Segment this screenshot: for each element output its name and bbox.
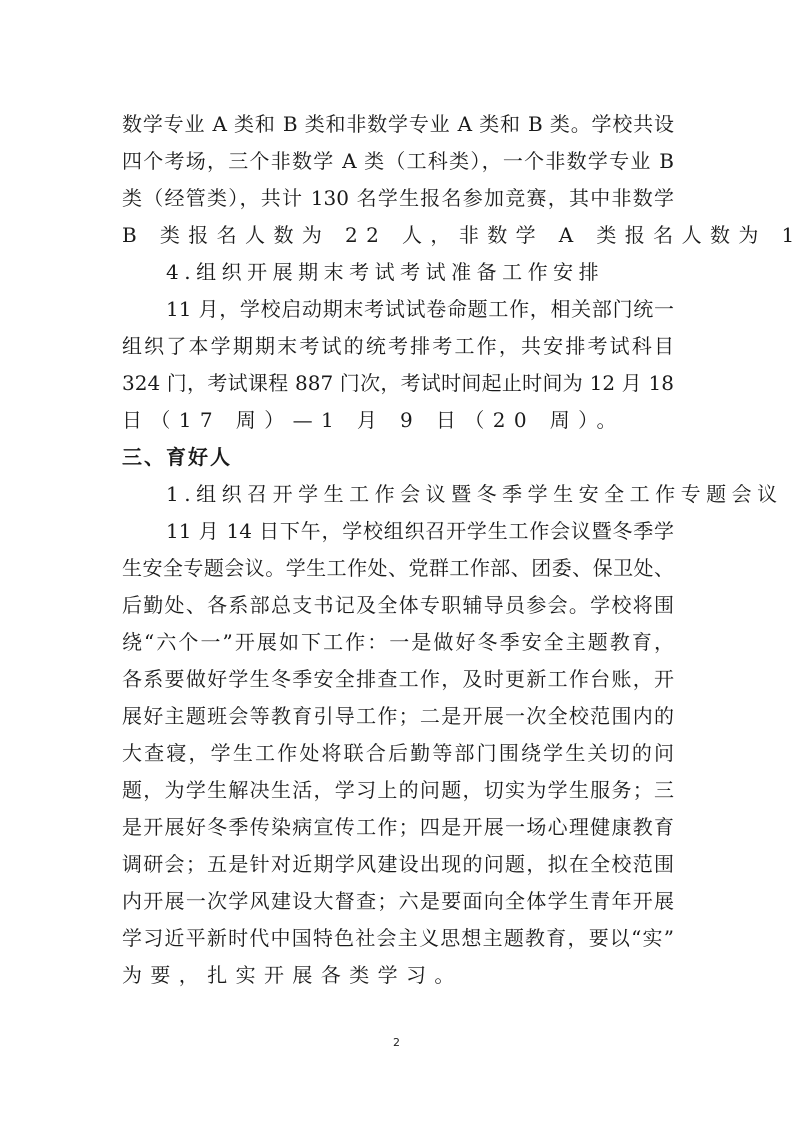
text-line: 展好主题班会等教育引导工作；二是开展一次全校范围内的 xyxy=(122,698,674,735)
text-line: 四个考场，三个非数学 A 类（工科类），一个非数学专业 B xyxy=(122,143,674,180)
text-line: 内开展一次学风建设大督查；六是要面向全体学生青年开展 xyxy=(122,883,674,920)
intro-paragraph: 数学专业 A 类和 B 类和非数学专业 A 类和 B 类。学校共设 四个考场，三… xyxy=(122,106,674,254)
text-line: 题，为学生解决生活，学习上的问题，切实为学生服务；三 xyxy=(122,772,674,809)
item-1-heading: 1.组织召开学生工作会议暨冬季学生安全工作专题会议 xyxy=(122,476,674,513)
page-number: 2 xyxy=(0,1036,793,1049)
document-page: 数学专业 A 类和 B 类和非数学专业 A 类和 B 类。学校共设 四个考场，三… xyxy=(0,0,793,1122)
text-line: 学习近平新时代中国特色社会主义思想主题教育，要以“实” xyxy=(122,920,674,957)
text-line: 绕“六个一”开展如下工作：一是做好冬季安全主题教育， xyxy=(122,624,674,661)
text-line: B 类报名人数为 22 人，非数学 A 类报名人数为 106 人。 xyxy=(122,217,674,254)
section-three-heading: 三、育好人 xyxy=(122,439,674,476)
text-line: 各系要做好学生冬季安全排查工作，及时更新工作台账，开 xyxy=(122,661,674,698)
text-line: 日（17 周）—1 月 9 日（20 周）。 xyxy=(122,402,674,439)
text-line: 为要，扎实开展各类学习。 xyxy=(122,957,674,994)
text-line: 是开展好冬季传染病宣传工作；四是开展一场心理健康教育 xyxy=(122,809,674,846)
text-line: 11 月 14 日下午，学校组织召开学生工作会议暨冬季学 xyxy=(122,513,674,550)
text-line: 大查寝，学生工作处将联合后勤等部门围绕学生关切的问 xyxy=(122,735,674,772)
text-line: 数学专业 A 类和 B 类和非数学专业 A 类和 B 类。学校共设 xyxy=(122,106,674,143)
document-body: 数学专业 A 类和 B 类和非数学专业 A 类和 B 类。学校共设 四个考场，三… xyxy=(122,106,674,994)
text-line: 后勤处、各系部总支书记及全体专职辅导员参会。学校将围 xyxy=(122,587,674,624)
text-line: 类（经管类），共计 130 名学生报名参加竞赛，其中非数学 xyxy=(122,180,674,217)
section-4-heading: 4.组织开展期末考试考试准备工作安排 xyxy=(122,254,674,291)
text-line: 调研会；五是针对近期学风建设出现的问题，拟在全校范围 xyxy=(122,846,674,883)
text-line: 生安全专题会议。学生工作处、党群工作部、团委、保卫处、 xyxy=(122,550,674,587)
text-line: 11 月，学校启动期末考试试卷命题工作，相关部门统一 xyxy=(122,291,674,328)
text-line: 组织了本学期期末考试的统考排考工作，共安排考试科目 xyxy=(122,328,674,365)
section-three: 三、育好人 1.组织召开学生工作会议暨冬季学生安全工作专题会议 11 月 14 … xyxy=(122,439,674,994)
section-4: 4.组织开展期末考试考试准备工作安排 11 月，学校启动期末考试试卷命题工作，相… xyxy=(122,254,674,439)
text-line: 324 门，考试课程 887 门次，考试时间起止时间为 12 月 18 xyxy=(122,365,674,402)
